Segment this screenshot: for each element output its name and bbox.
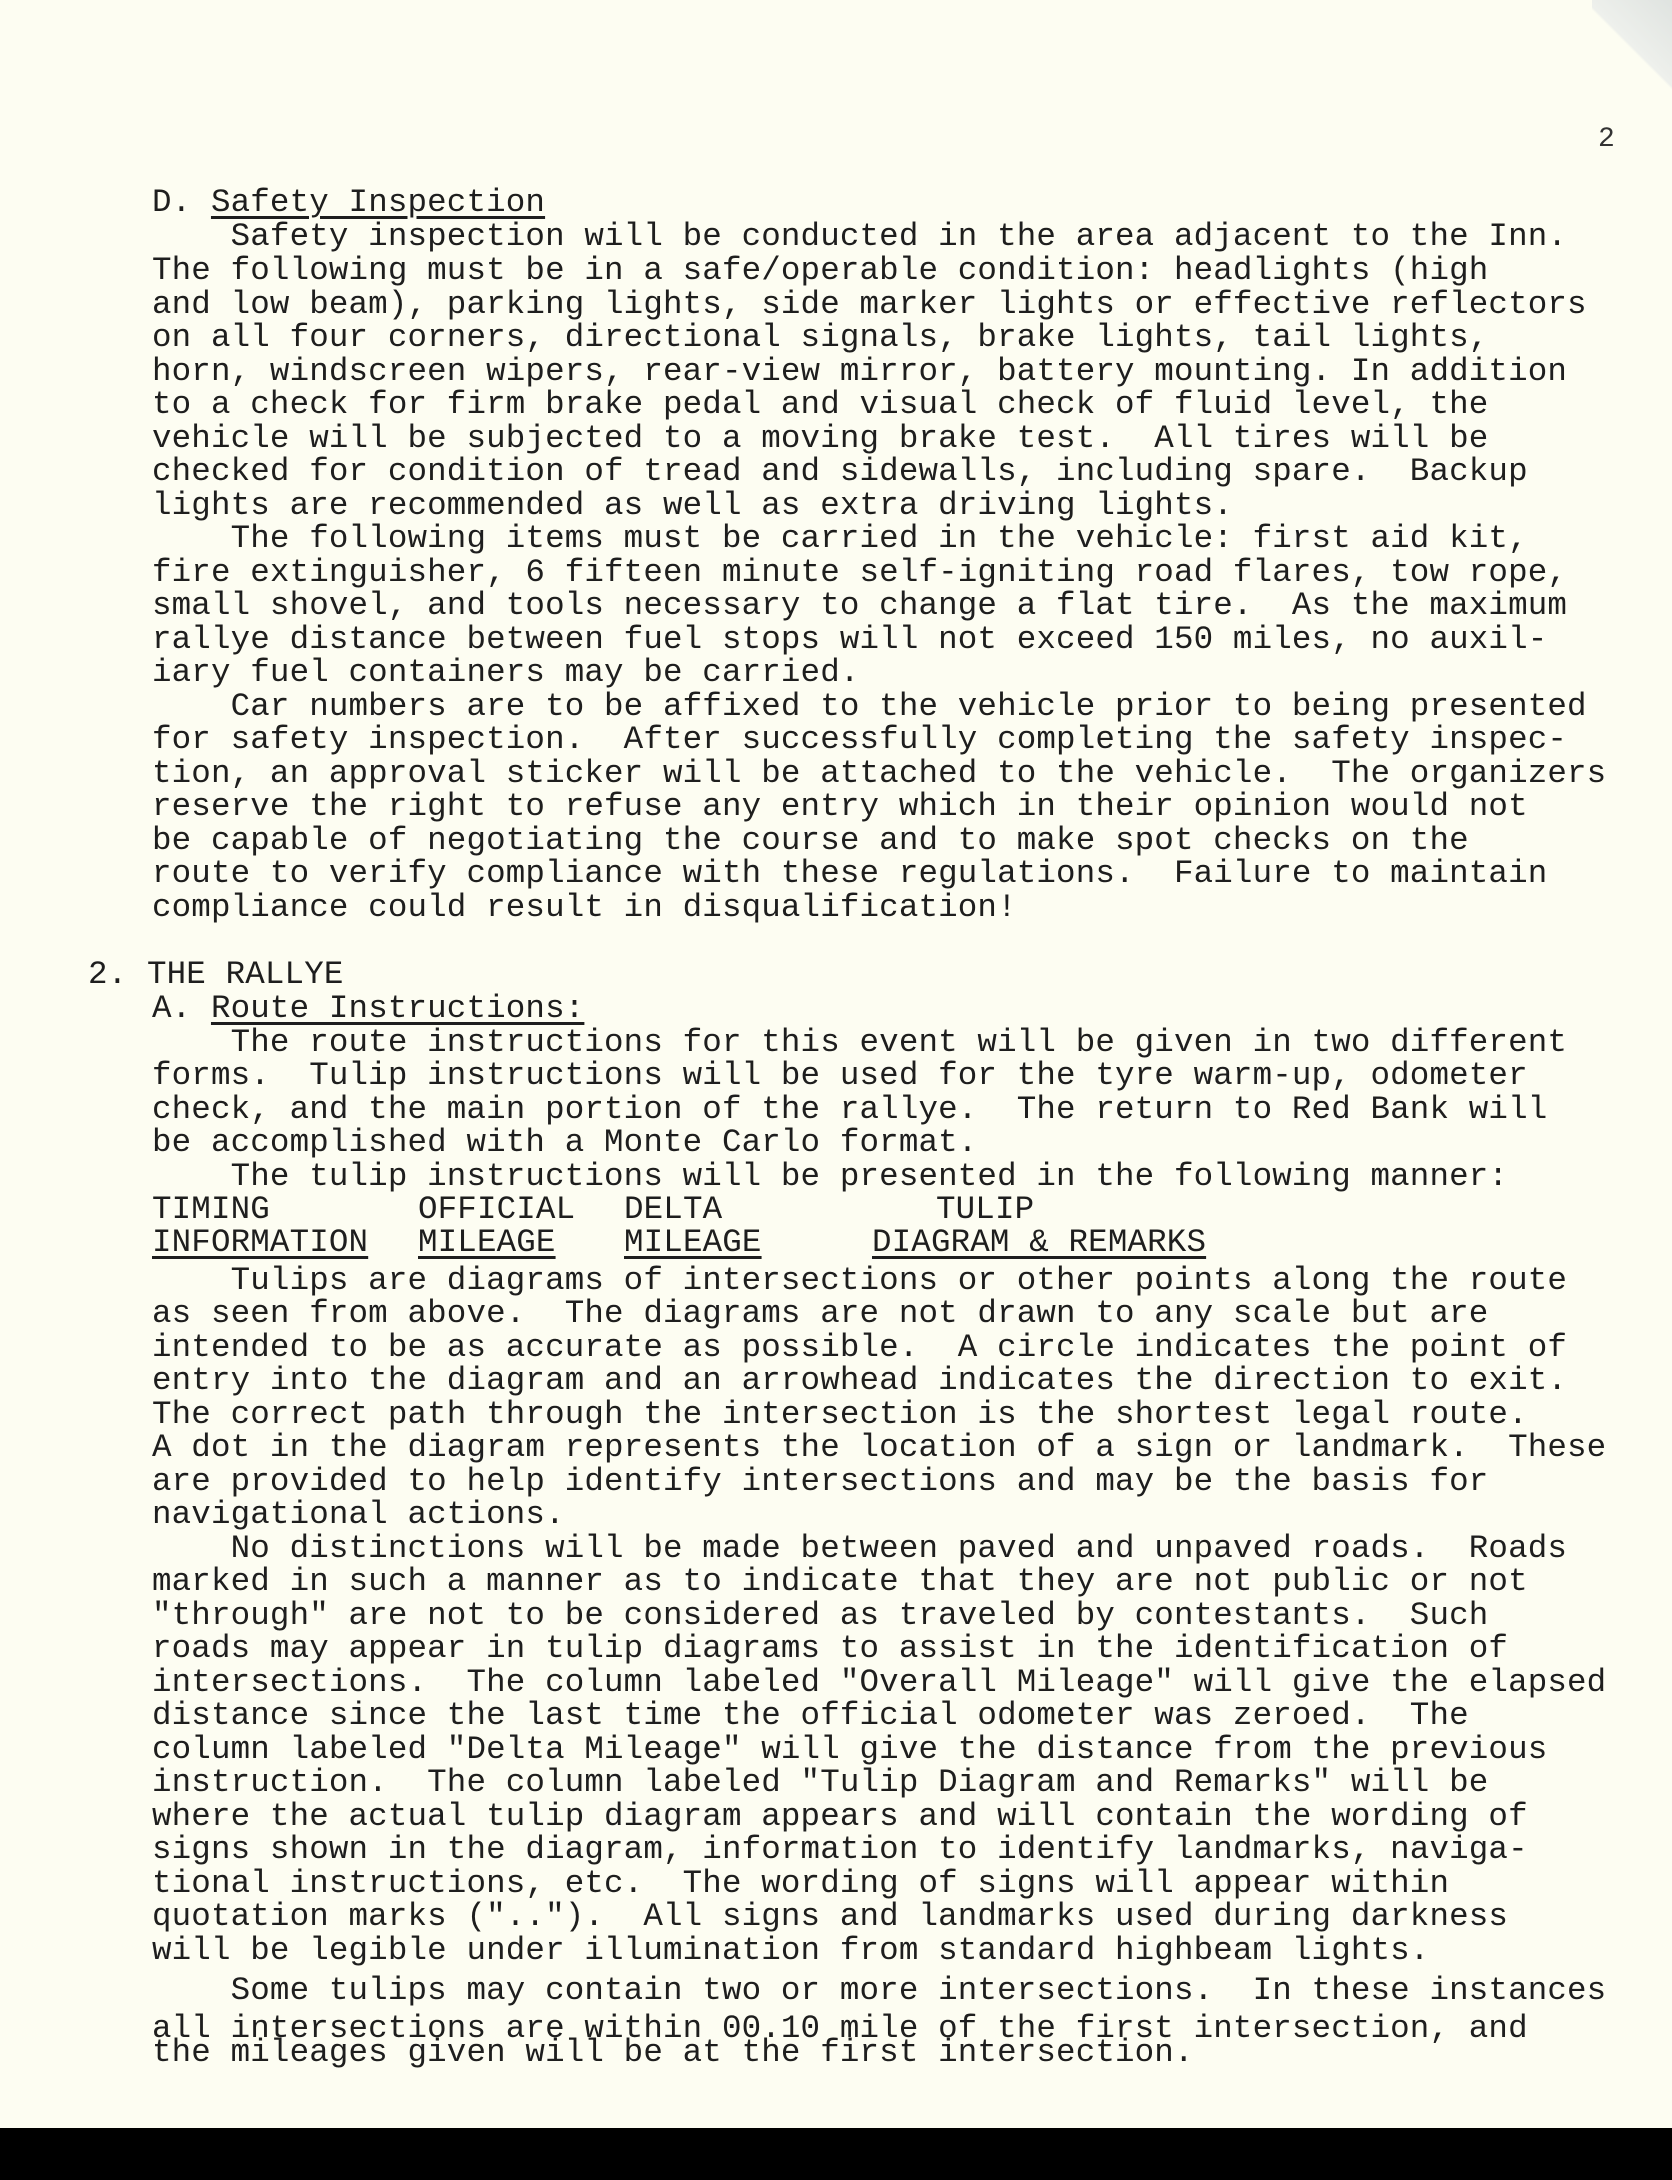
text-line: tional instructions, etc. The wording of… [152,1867,1449,1900]
text-line: navigational actions. [152,1498,565,1531]
text-line: No distinctions will be made between pav… [152,1532,1567,1565]
text-line: quotation marks (".."). All signs and la… [152,1900,1508,1933]
page-corner-fold [1592,0,1672,100]
text-line: compliance could result in disqualificat… [152,891,1017,924]
column-header-timing-line2: INFORMATION [152,1226,368,1259]
text-line: "through" are not to be considered as tr… [152,1599,1488,1632]
column-header-tulip-line2: DIAGRAM & REMARKS [872,1226,1206,1259]
text-line: the mileages given will be at the first … [152,2036,1194,2069]
column-header-official-line2: MILEAGE [418,1226,556,1259]
column-header-delta-line1: DELTA [624,1193,722,1226]
subsection-a-title: Route Instructions: [211,990,584,1027]
text-line: fire extinguisher, 6 fifteen minute self… [152,556,1567,589]
text-line: iary fuel containers may be carried. [152,656,860,689]
scan-bottom-border [0,2128,1672,2180]
text-line: for safety inspection. After successfull… [152,723,1567,756]
text-line: to a check for firm brake pedal and visu… [152,388,1488,421]
text-line: Some tulips may contain two or more inte… [152,1974,1606,2007]
text-line: Tulips are diagrams of intersections or … [152,1264,1567,1297]
text-line: A dot in the diagram represents the loca… [152,1431,1606,1464]
text-line: on all four corners, directional signals… [152,321,1488,354]
text-line: rallye distance between fuel stops will … [152,623,1547,656]
text-line: reserve the right to refuse any entry wh… [152,790,1528,823]
column-header-timing-line1: TIMING [152,1193,270,1226]
text-line: instruction. The column labeled "Tulip D… [152,1766,1488,1799]
text-line: The route instructions for this event wi… [152,1026,1567,1059]
text-line: Safety inspection will be conducted in t… [152,220,1567,253]
text-line: horn, windscreen wipers, rear-view mirro… [152,355,1567,388]
subsection-a-heading: A. Route Instructions: [152,992,584,1025]
section-d-heading: D. Safety Inspection [152,186,545,219]
column-header-tulip-line1: TULIP [936,1193,1034,1226]
text-line: as seen from above. The diagrams are not… [152,1297,1488,1330]
text-line: The following items must be carried in t… [152,522,1528,555]
text-line: column labeled "Delta Mileage" will give… [152,1733,1547,1766]
text-line: The tulip instructions will be presented… [152,1160,1508,1193]
text-line: Car numbers are to be affixed to the veh… [152,690,1587,723]
text-line: checked for condition of tread and sidew… [152,455,1528,488]
text-line: vehicle will be subjected to a moving br… [152,422,1488,455]
text-line: where the actual tulip diagram appears a… [152,1800,1528,1833]
text-line: tion, an approval sticker will be attach… [152,757,1606,790]
section-d-label: D. [152,184,191,221]
text-line: route to verify compliance with these re… [152,857,1547,890]
text-line: roads may appear in tulip diagrams to as… [152,1632,1508,1665]
text-line: distance since the last time the officia… [152,1699,1469,1732]
section-2-heading: 2. THE RALLYE [88,958,344,991]
text-line: signs shown in the diagram, information … [152,1833,1528,1866]
page-number: 2 [1598,124,1615,155]
text-line: be accomplished with a Monte Carlo forma… [152,1126,977,1159]
section-2-title: THE RALLYE [147,956,344,993]
text-line: intersections. The column labeled "Overa… [152,1666,1606,1699]
text-line: and low beam), parking lights, side mark… [152,288,1587,321]
subsection-a-label: A. [152,990,191,1027]
section-2-label: 2. [88,956,127,993]
section-d-title: Safety Inspection [211,184,545,221]
text-line: will be legible under illumination from … [152,1934,1429,1967]
text-line: entry into the diagram and an arrowhead … [152,1364,1567,1397]
text-line: The following must be in a safe/operable… [152,254,1488,287]
text-line: small shovel, and tools necessary to cha… [152,589,1567,622]
text-line: intended to be as accurate as possible. … [152,1331,1567,1364]
column-header-delta-line2: MILEAGE [624,1226,762,1259]
text-line: check, and the main portion of the rally… [152,1093,1547,1126]
text-line: The correct path through the intersectio… [152,1398,1528,1431]
text-line: marked in such a manner as to indicate t… [152,1565,1528,1598]
text-line: lights are recommended as well as extra … [152,489,1233,522]
text-line: be capable of negotiating the course and… [152,824,1469,857]
column-header-official-line1: OFFICIAL [418,1193,575,1226]
text-line: forms. Tulip instructions will be used f… [152,1059,1528,1092]
text-line: are provided to help identify intersecti… [152,1465,1488,1498]
